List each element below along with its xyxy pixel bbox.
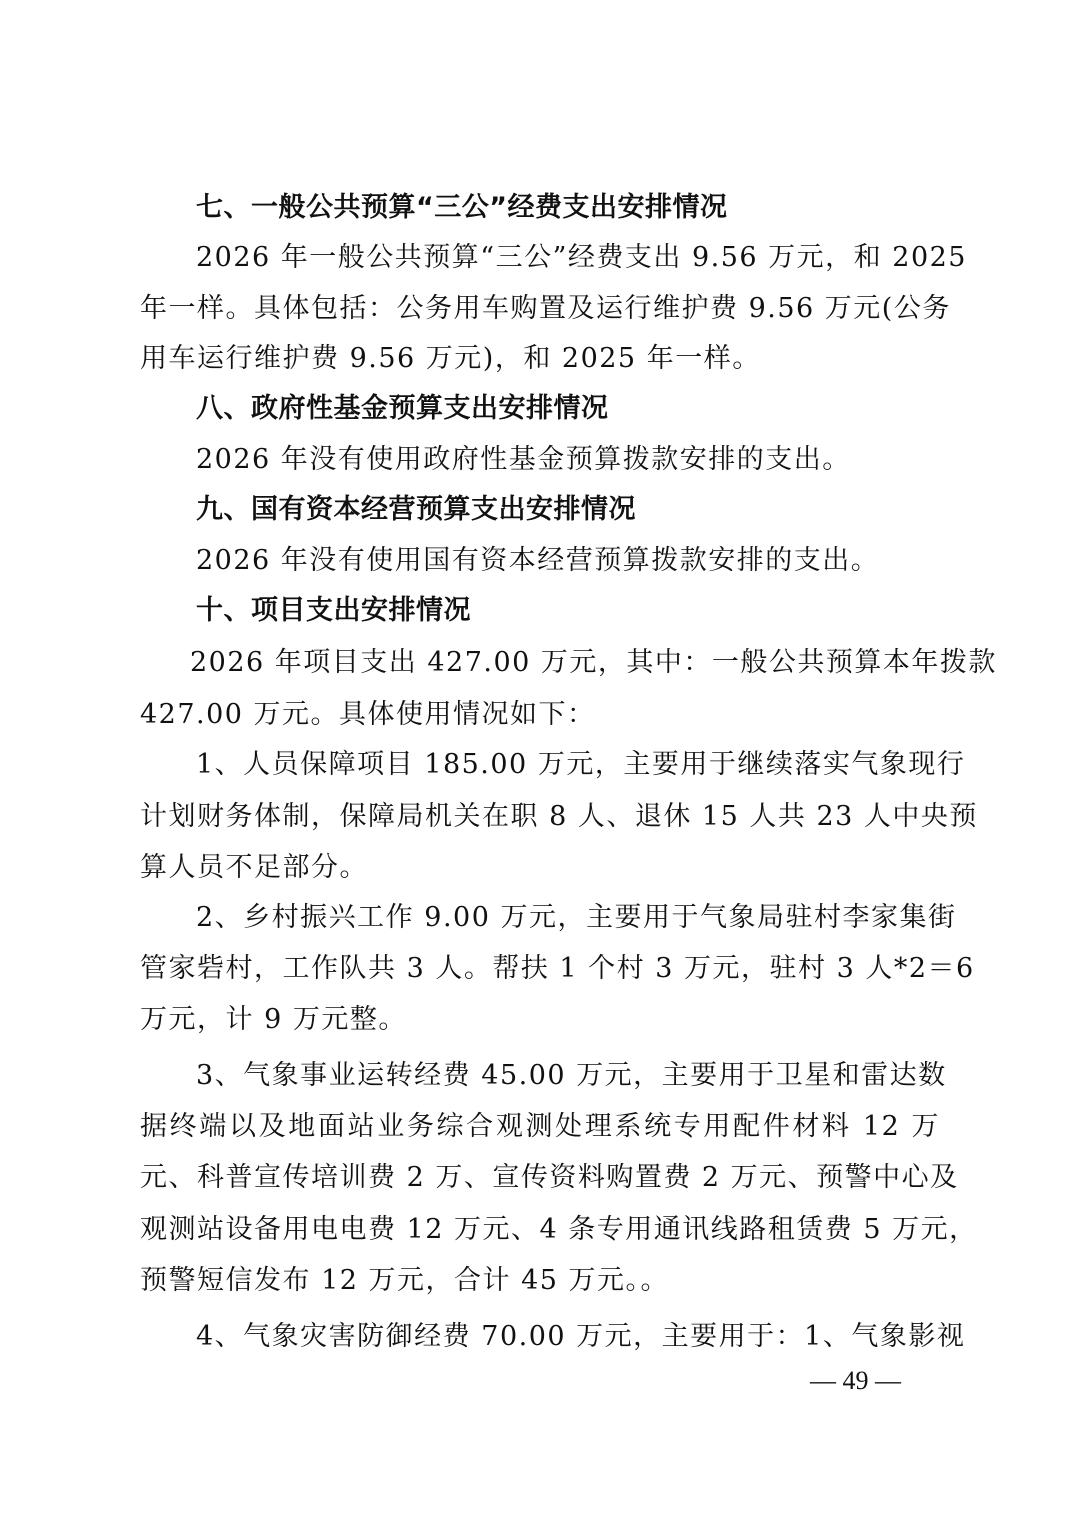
paragraph-line: 年一样。具体包括：公务用车购置及运行维护费 9.56 万元(公务 bbox=[140, 291, 940, 327]
item-3-line: 元、科普宣传培训费 2 万、宣传资料购置费 2 万元、预警中心及 bbox=[140, 1160, 940, 1196]
item-3-line: 3、气象事业运转经费 45.00 万元，主要用于卫星和雷达数 bbox=[196, 1058, 940, 1094]
page-number: — 49 — bbox=[810, 1364, 901, 1398]
section-heading-9: 九、国有资本经营预算支出安排情况 bbox=[196, 492, 940, 528]
section-heading-7: 七、一般公共预算“三公”经费支出安排情况 bbox=[196, 190, 940, 226]
item-1-line: 计划财务体制，保障局机关在职 8 人、退休 15 人共 23 人中央预 bbox=[140, 799, 940, 835]
item-3-line: 观测站设备用电电费 12 万元、4 条专用通讯线路租赁费 5 万元， bbox=[140, 1212, 940, 1248]
paragraph-line: 427.00 万元。具体使用情况如下： bbox=[140, 697, 940, 733]
paragraph-line: 2026 年没有使用政府性基金预算拨款安排的支出。 bbox=[196, 442, 940, 478]
item-1-line: 算人员不足部分。 bbox=[140, 850, 940, 886]
paragraph-line: 2026 年没有使用国有资本经营预算拨款安排的支出。 bbox=[196, 543, 940, 579]
item-3-line: 预警短信发布 12 万元，合计 45 万元。。 bbox=[140, 1263, 940, 1299]
section-heading-10: 十、项目支出安排情况 bbox=[196, 593, 940, 629]
item-4-line: 4、气象灾害防御经费 70.00 万元，主要用于：1、气象影视 bbox=[196, 1319, 940, 1355]
paragraph-line: 用车运行维护费 9.56 万元)，和 2025 年一样。 bbox=[140, 341, 940, 377]
item-1-line: 1、人员保障项目 185.00 万元，主要用于继续落实气象现行 bbox=[196, 747, 940, 783]
item-3-line: 据终端以及地面站业务综合观测处理系统专用配件材料 12 万 bbox=[140, 1109, 940, 1145]
section-heading-8: 八、政府性基金预算支出安排情况 bbox=[196, 391, 940, 427]
paragraph-line: 2026 年一般公共预算“三公”经费支出 9.56 万元，和 2025 bbox=[196, 240, 940, 276]
item-2-line: 2、乡村振兴工作 9.00 万元，主要用于气象局驻村李家集街 bbox=[196, 900, 940, 936]
paragraph-line: 2026 年项目支出 427.00 万元，其中：一般公共预算本年拨款 bbox=[190, 645, 940, 681]
item-2-line: 管家砦村，工作队共 3 人。帮扶 1 个村 3 万元，驻村 3 人*2＝6 bbox=[140, 951, 940, 987]
item-2-line: 万元，计 9 万元整。 bbox=[140, 1002, 940, 1038]
